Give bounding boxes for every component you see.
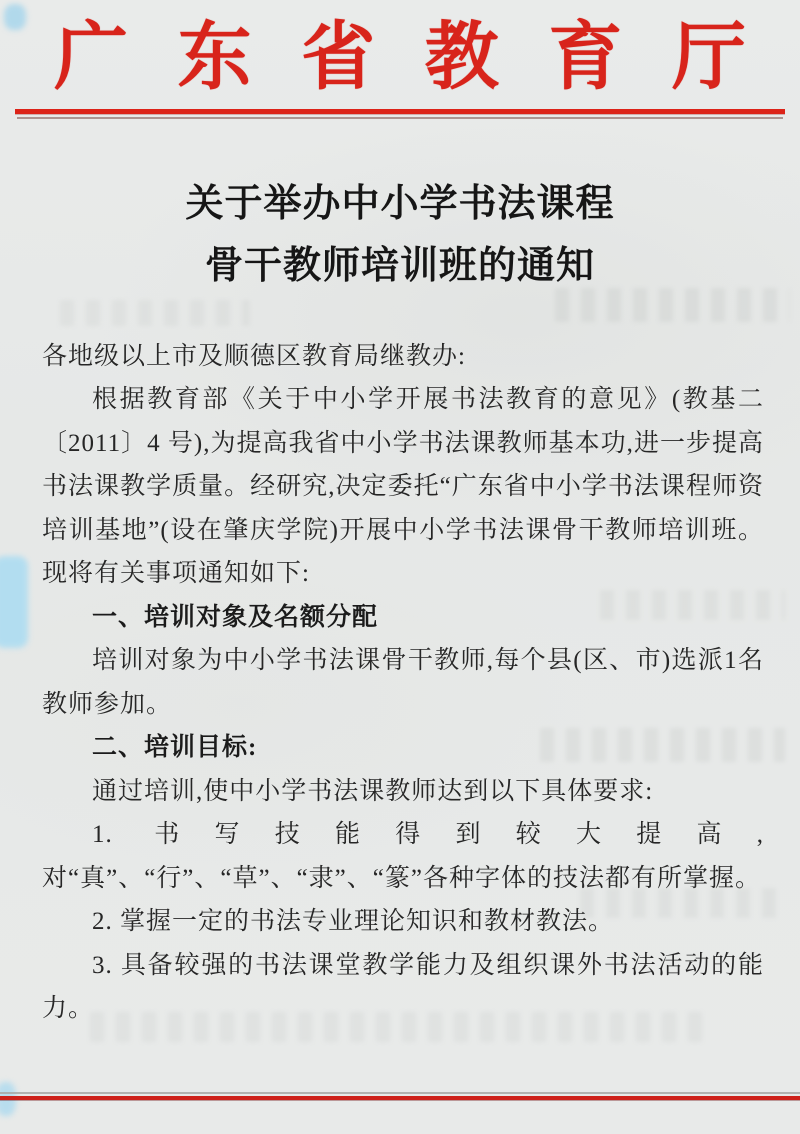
document-body: 各地级以上市及顺德区教育局继教办: 根据教育部《关于中小学开展书法教育的意见》(… (42, 335, 764, 1031)
section-2-intro: 通过培训,使中小学书法课教师达到以下具体要求: (42, 770, 764, 814)
document-title: 关于举办中小学书法课程 骨干教师培训班的通知 (0, 173, 800, 297)
letterhead: 广 东 省 教 育 厅 (0, 0, 800, 119)
agency-char: 东 (178, 20, 252, 97)
agency-char: 省 (301, 20, 375, 97)
page-footer-rules (0, 1092, 800, 1100)
requirement-item-3: 3. 具备较强的书法课堂教学能力及组织课外书法活动的能力。 (42, 944, 764, 1031)
salutation: 各地级以上市及顺德区教育局继教办: (42, 335, 764, 379)
bleedthrough-artifact (60, 300, 250, 326)
scanned-document-page: 广 东 省 教 育 厅 关于举办中小学书法课程 骨干教师培训班的通知 各地级以上… (0, 0, 800, 1134)
footer-rule-gray (0, 1092, 800, 1094)
letterhead-rule-primary (15, 109, 785, 114)
scan-smudge-artifact (0, 556, 28, 648)
agency-char: 厅 (672, 20, 746, 97)
agency-char: 教 (425, 20, 499, 97)
section-2-heading: 二、培训目标: (42, 726, 764, 770)
paragraph-basis: 根据教育部《关于中小学开展书法教育的意见》(教基二〔2011〕4 号),为提高我… (42, 378, 764, 596)
requirement-item-2: 2. 掌握一定的书法专业理论知识和教材教法。 (42, 900, 764, 944)
requirement-item-1: 1. 书写技能得到较大提高,对“真”、“行”、“草”、“隶”、“篆”各种字体的技… (42, 813, 764, 900)
agency-char: 育 (548, 20, 622, 97)
agency-char: 广 (54, 20, 128, 97)
letterhead-rule-secondary (17, 117, 783, 119)
document-title-line-2: 骨干教师培训班的通知 (0, 235, 800, 297)
agency-name: 广 东 省 教 育 厅 (54, 20, 746, 97)
section-1-body: 培训对象为中小学书法课骨干教师,每个县(区、市)选派1名教师参加。 (42, 639, 764, 726)
section-1-heading: 一、培训对象及名额分配 (42, 596, 764, 640)
document-title-line-1: 关于举办中小学书法课程 (0, 173, 800, 235)
footer-rule-red (0, 1096, 800, 1100)
